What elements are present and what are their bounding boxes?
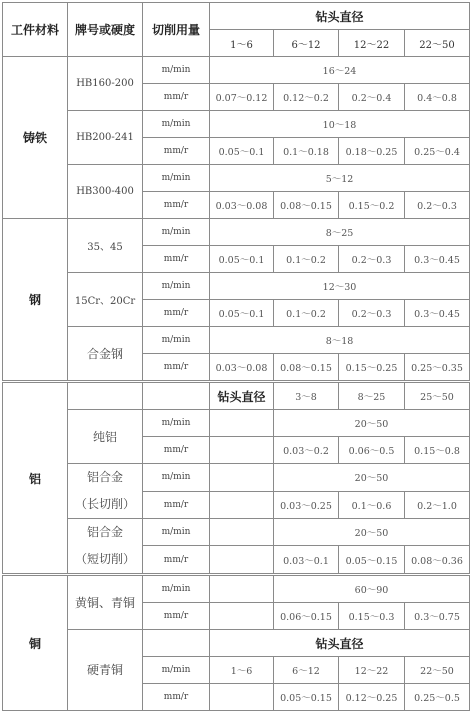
copper-diameter-2: 6～12 (274, 657, 339, 684)
speed-value: 10～18 (210, 111, 470, 138)
feed-value: 0.05～0.1 (210, 138, 274, 165)
grade-line2: （长切削） (68, 491, 142, 518)
speed-value: 20～50 (274, 464, 470, 492)
feed-value: 0.08～0.15 (274, 192, 339, 219)
feed-value: 0.03～0.1 (274, 546, 339, 575)
unit-feed: mm/r (143, 491, 210, 519)
unit-speed: m/min (143, 519, 210, 546)
feed-value: 0.3～0.45 (405, 300, 470, 327)
grade-cell: 纯铝 (68, 410, 143, 464)
header-diameter: 钻头直径 (210, 3, 470, 30)
grade-line1: 铝合金 (68, 464, 142, 491)
unit-feed: mm/r (143, 546, 210, 575)
empty-cell (143, 382, 210, 410)
header-grade: 牌号或硬度 (68, 3, 143, 57)
grade-cell: HB200-241 (68, 111, 143, 165)
feed-value: 0.08～0.15 (274, 354, 339, 382)
speed-value: 5～12 (210, 165, 470, 192)
unit-feed: mm/r (143, 603, 210, 630)
feed-value: 0.25～0.5 (405, 684, 470, 711)
header-diameter-3: 12～22 (339, 30, 405, 57)
unit-feed: mm/r (143, 192, 210, 219)
feed-value: 0.4～0.8 (405, 84, 470, 111)
feed-value: 0.25～0.4 (405, 138, 470, 165)
material-aluminum: 铝 (3, 382, 68, 575)
speed-value: 20～50 (274, 519, 470, 546)
speed-value: 8～18 (210, 327, 470, 354)
feed-value: 0.2～0.3 (339, 300, 405, 327)
aluminum-diameter-3: 25～50 (405, 382, 470, 410)
empty-cell (68, 382, 143, 410)
feed-value: 0.2～1.0 (405, 491, 470, 519)
header-diameter-1: 1～6 (210, 30, 274, 57)
header-material: 工件材料 (3, 3, 68, 57)
unit-feed: mm/r (143, 138, 210, 165)
empty-cell (210, 519, 274, 546)
unit-speed: m/min (143, 575, 210, 603)
unit-feed: mm/r (143, 437, 210, 464)
material-steel: 钢 (3, 219, 68, 382)
feed-value: 0.05～0.15 (339, 546, 405, 575)
empty-cell (210, 437, 274, 464)
unit-speed: m/min (143, 464, 210, 492)
feed-value: 0.18～0.25 (339, 138, 405, 165)
feed-value: 0.2～0.4 (339, 84, 405, 111)
feed-value: 0.15～0.25 (339, 354, 405, 382)
unit-speed: m/min (143, 273, 210, 300)
feed-value: 0.07～0.12 (210, 84, 274, 111)
feed-value: 0.15～0.8 (405, 437, 470, 464)
feed-value: 0.03～0.25 (274, 491, 339, 519)
unit-speed: m/min (143, 219, 210, 246)
feed-value: 0.15～0.2 (339, 192, 405, 219)
empty-cell (210, 684, 274, 711)
grade-cell: 35、45 (68, 219, 143, 273)
copper-diameter-4: 22～50 (405, 657, 470, 684)
header-diameter-4: 22～50 (405, 30, 470, 57)
grade-line1: 铝合金 (68, 519, 142, 546)
copper-diameter-3: 12～22 (339, 657, 405, 684)
feed-value: 0.1～0.2 (274, 300, 339, 327)
header-diameter-2: 6～12 (274, 30, 339, 57)
unit-feed: mm/r (143, 684, 210, 711)
feed-value: 0.1～0.6 (339, 491, 405, 519)
drilling-parameters-table: 工件材料 牌号或硬度 切削用量 钻头直径 1～6 6～12 12～22 22～5… (2, 2, 470, 711)
grade-cell: 黄铜、青铜 (68, 575, 143, 630)
feed-value: 0.03～0.08 (210, 354, 274, 382)
aluminum-diameter-1: 3～8 (274, 382, 339, 410)
feed-value: 0.05～0.15 (274, 684, 339, 711)
unit-speed: m/min (143, 57, 210, 84)
feed-value: 0.12～0.2 (274, 84, 339, 111)
grade-cell: 15Cr、20Cr (68, 273, 143, 327)
speed-value: 20～50 (274, 410, 470, 437)
header-cutting: 切削用量 (143, 3, 210, 57)
speed-value: 12～30 (210, 273, 470, 300)
speed-value: 60～90 (274, 575, 470, 603)
unit-speed: m/min (143, 327, 210, 354)
unit-feed: mm/r (143, 354, 210, 382)
aluminum-diameter-2: 8～25 (339, 382, 405, 410)
feed-value: 0.2～0.3 (339, 246, 405, 273)
unit-speed: m/min (143, 657, 210, 684)
empty-cell (210, 410, 274, 437)
feed-value: 0.06～0.15 (274, 603, 339, 630)
feed-value: 0.06～0.5 (339, 437, 405, 464)
unit-speed: m/min (143, 165, 210, 192)
grade-cell: 硬青铜 (68, 630, 143, 711)
feed-value: 0.3～0.75 (405, 603, 470, 630)
empty-cell (210, 575, 274, 603)
feed-value: 0.1～0.2 (274, 246, 339, 273)
feed-value: 0.25～0.35 (405, 354, 470, 382)
feed-value: 0.15～0.3 (339, 603, 405, 630)
grade-cell: HB300-400 (68, 165, 143, 219)
copper-diameter-label: 钻头直径 (210, 630, 470, 657)
unit-feed: mm/r (143, 84, 210, 111)
grade-cell: HB160-200 (68, 57, 143, 111)
empty-cell (210, 464, 274, 492)
feed-value: 0.05～0.1 (210, 246, 274, 273)
feed-value: 0.2～0.3 (405, 192, 470, 219)
unit-feed: mm/r (143, 300, 210, 327)
aluminum-diameter-label: 钻头直径 (210, 382, 274, 410)
unit-feed: mm/r (143, 246, 210, 273)
speed-value: 16～24 (210, 57, 470, 84)
feed-value: 0.05～0.1 (210, 300, 274, 327)
empty-cell (143, 630, 210, 657)
empty-cell (210, 546, 274, 575)
grade-line2: （短切削） (68, 546, 142, 573)
unit-speed: m/min (143, 410, 210, 437)
empty-cell (210, 603, 274, 630)
feed-value: 0.08～0.36 (405, 546, 470, 575)
feed-value: 0.03～0.08 (210, 192, 274, 219)
feed-value: 0.03～0.2 (274, 437, 339, 464)
grade-cell: 合金钢 (68, 327, 143, 382)
feed-value: 0.1～0.18 (274, 138, 339, 165)
empty-cell (210, 491, 274, 519)
copper-diameter-1: 1～6 (210, 657, 274, 684)
grade-cell: 铝合金 （短切削） (68, 519, 143, 575)
material-cast-iron: 铸铁 (3, 57, 68, 219)
speed-value: 8～25 (210, 219, 470, 246)
grade-cell: 铝合金 （长切削） (68, 464, 143, 519)
unit-speed: m/min (143, 111, 210, 138)
material-copper: 铜 (3, 575, 68, 711)
feed-value: 0.12～0.25 (339, 684, 405, 711)
feed-value: 0.3～0.45 (405, 246, 470, 273)
